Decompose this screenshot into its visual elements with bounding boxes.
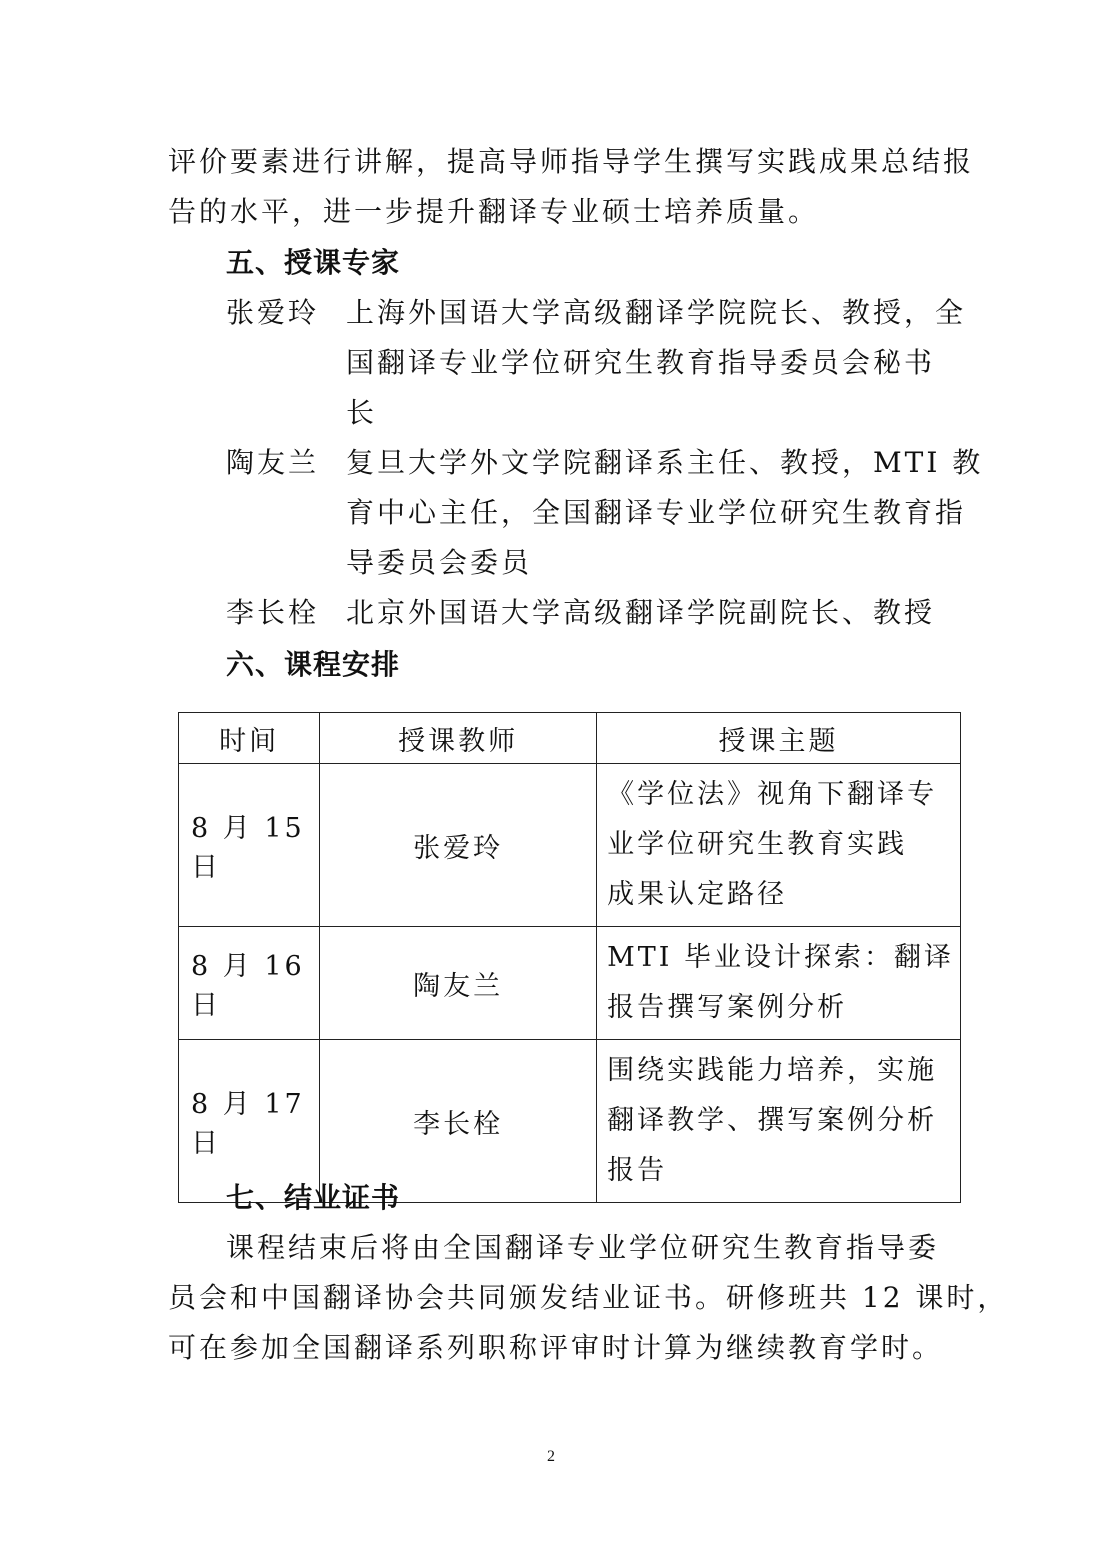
expert-description-line: 上海外国语大学高级翻译学院院长、教授，全 — [346, 293, 966, 333]
section-heading-experts: 五、授课专家 — [226, 243, 400, 283]
paragraph-line: 员会和中国翻译协会共同颁发结业证书。研修班共 12 课时， — [168, 1278, 1008, 1318]
topic-line: 成果认定路径 — [607, 870, 954, 920]
cell-date: 8 月 16 日 — [179, 927, 320, 1040]
cell-topic: 围绕实践能力培养，实施 翻译教学、撰写案例分析 报告 — [597, 1040, 961, 1203]
cell-teacher: 张爱玲 — [320, 764, 597, 927]
topic-line: 翻译教学、撰写案例分析 — [607, 1096, 954, 1146]
table-row: 8 月 15 日 张爱玲 《学位法》视角下翻译专 业学位研究生教育实践 成果认定… — [179, 764, 961, 927]
expert-description-line: 长 — [346, 393, 377, 433]
schedule-table: 时间 授课教师 授课主题 8 月 15 日 张爱玲 《学位法》视角下翻译专 业学… — [178, 712, 961, 1203]
expert-description-line: 育中心主任，全国翻译专业学位研究生教育指 — [346, 493, 966, 533]
topic-line: 业学位研究生教育实践 — [607, 820, 954, 870]
expert-description-line: 国翻译专业学位研究生教育指导委员会秘书 — [346, 343, 935, 383]
table-header-row: 时间 授课教师 授课主题 — [179, 713, 961, 764]
page-number: 2 — [0, 1448, 1102, 1466]
section-heading-certificate: 七、结业证书 — [226, 1178, 400, 1218]
topic-line: 围绕实践能力培养，实施 — [607, 1046, 954, 1096]
topic-line: 报告撰写案例分析 — [607, 983, 954, 1033]
topic-line: MTI 毕业设计探索：翻译 — [607, 933, 954, 983]
paragraph-line: 课程结束后将由全国翻译专业学位研究生教育指导委 — [226, 1228, 939, 1268]
column-header-time: 时间 — [179, 713, 320, 764]
cell-date: 8 月 15 日 — [179, 764, 320, 927]
section-heading-schedule: 六、课程安排 — [226, 645, 400, 685]
cell-teacher: 陶友兰 — [320, 927, 597, 1040]
topic-line: 《学位法》视角下翻译专 — [607, 770, 954, 820]
paragraph-line: 评价要素进行讲解，提高导师指导学生撰写实践成果总结报 — [168, 142, 974, 182]
paragraph-line: 可在参加全国翻译系列职称评审时计算为继续教育学时。 — [168, 1328, 943, 1368]
topic-line: 报告 — [607, 1146, 954, 1196]
cell-topic: 《学位法》视角下翻译专 业学位研究生教育实践 成果认定路径 — [597, 764, 961, 927]
column-header-teacher: 授课教师 — [320, 713, 597, 764]
cell-topic: MTI 毕业设计探索：翻译 报告撰写案例分析 — [597, 927, 961, 1040]
paragraph-line: 告的水平，进一步提升翻译专业硕士培养质量。 — [168, 192, 819, 232]
expert-description-line: 北京外国语大学高级翻译学院副院长、教授 — [346, 593, 935, 633]
expert-name: 陶友兰 — [226, 443, 319, 483]
table-row: 8 月 16 日 陶友兰 MTI 毕业设计探索：翻译 报告撰写案例分析 — [179, 927, 961, 1040]
expert-name: 李长栓 — [226, 593, 319, 633]
column-header-topic: 授课主题 — [597, 713, 961, 764]
expert-description-line: 导委员会委员 — [346, 543, 532, 583]
expert-description-line: 复旦大学外文学院翻译系主任、教授，MTI 教 — [346, 443, 983, 483]
expert-name: 张爱玲 — [226, 293, 319, 333]
